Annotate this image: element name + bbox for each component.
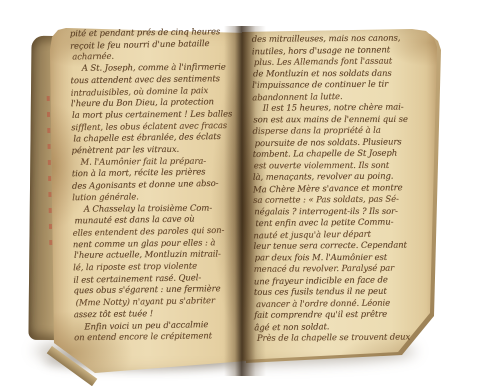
notebook-photo: pité et pendant prés de cinq heuresreçoi… bbox=[0, 0, 490, 386]
handwritten-line: avancer à l'ordre donné. Léonie bbox=[256, 297, 436, 311]
handwritten-line: abandonnent la lutte. bbox=[252, 90, 432, 104]
left-page-handwriting: pité et pendant prés de cinq heuresreçoi… bbox=[70, 27, 248, 345]
handwritten-line: la mort plus certainement ! Les balles bbox=[72, 109, 246, 122]
handwritten-line: nauté et jusqu'à leur départ bbox=[253, 228, 433, 242]
handwritten-line: une frayeur indicible en face de bbox=[254, 274, 434, 288]
handwritten-line: l'heure actuelle, Montluzin mitrail- bbox=[74, 250, 248, 263]
open-notebook: pité et pendant prés de cinq heuresreçoi… bbox=[28, 26, 440, 378]
handwritten-line: M. l'Aumônier fait la prépara- bbox=[73, 156, 247, 169]
handwritten-line: est ouverte violemment. Ils sont bbox=[254, 160, 434, 172]
handwritten-line: par deux fois M. l'Aumônier est bbox=[255, 252, 435, 264]
right-page-handwriting: des mitrailleuses, mais nos canons,inuti… bbox=[252, 33, 435, 345]
handwritten-line: plus. Les Allemands font l'assaut bbox=[254, 56, 434, 70]
handwritten-line: poursuite de nos soldats. Plusieurs bbox=[255, 136, 435, 150]
handwritten-line: Ma Chère Mère s'avance et montre bbox=[253, 182, 433, 196]
handwritten-line: âgé et non soldat. bbox=[254, 320, 434, 334]
handwritten-line: de Montluzin et nos soldats dans bbox=[253, 68, 433, 80]
handwritten-line: son est aux mains de l'ennemi qui se bbox=[253, 114, 433, 126]
handwritten-line: A St. Joseph, comme à l'infirmerie bbox=[71, 62, 245, 75]
